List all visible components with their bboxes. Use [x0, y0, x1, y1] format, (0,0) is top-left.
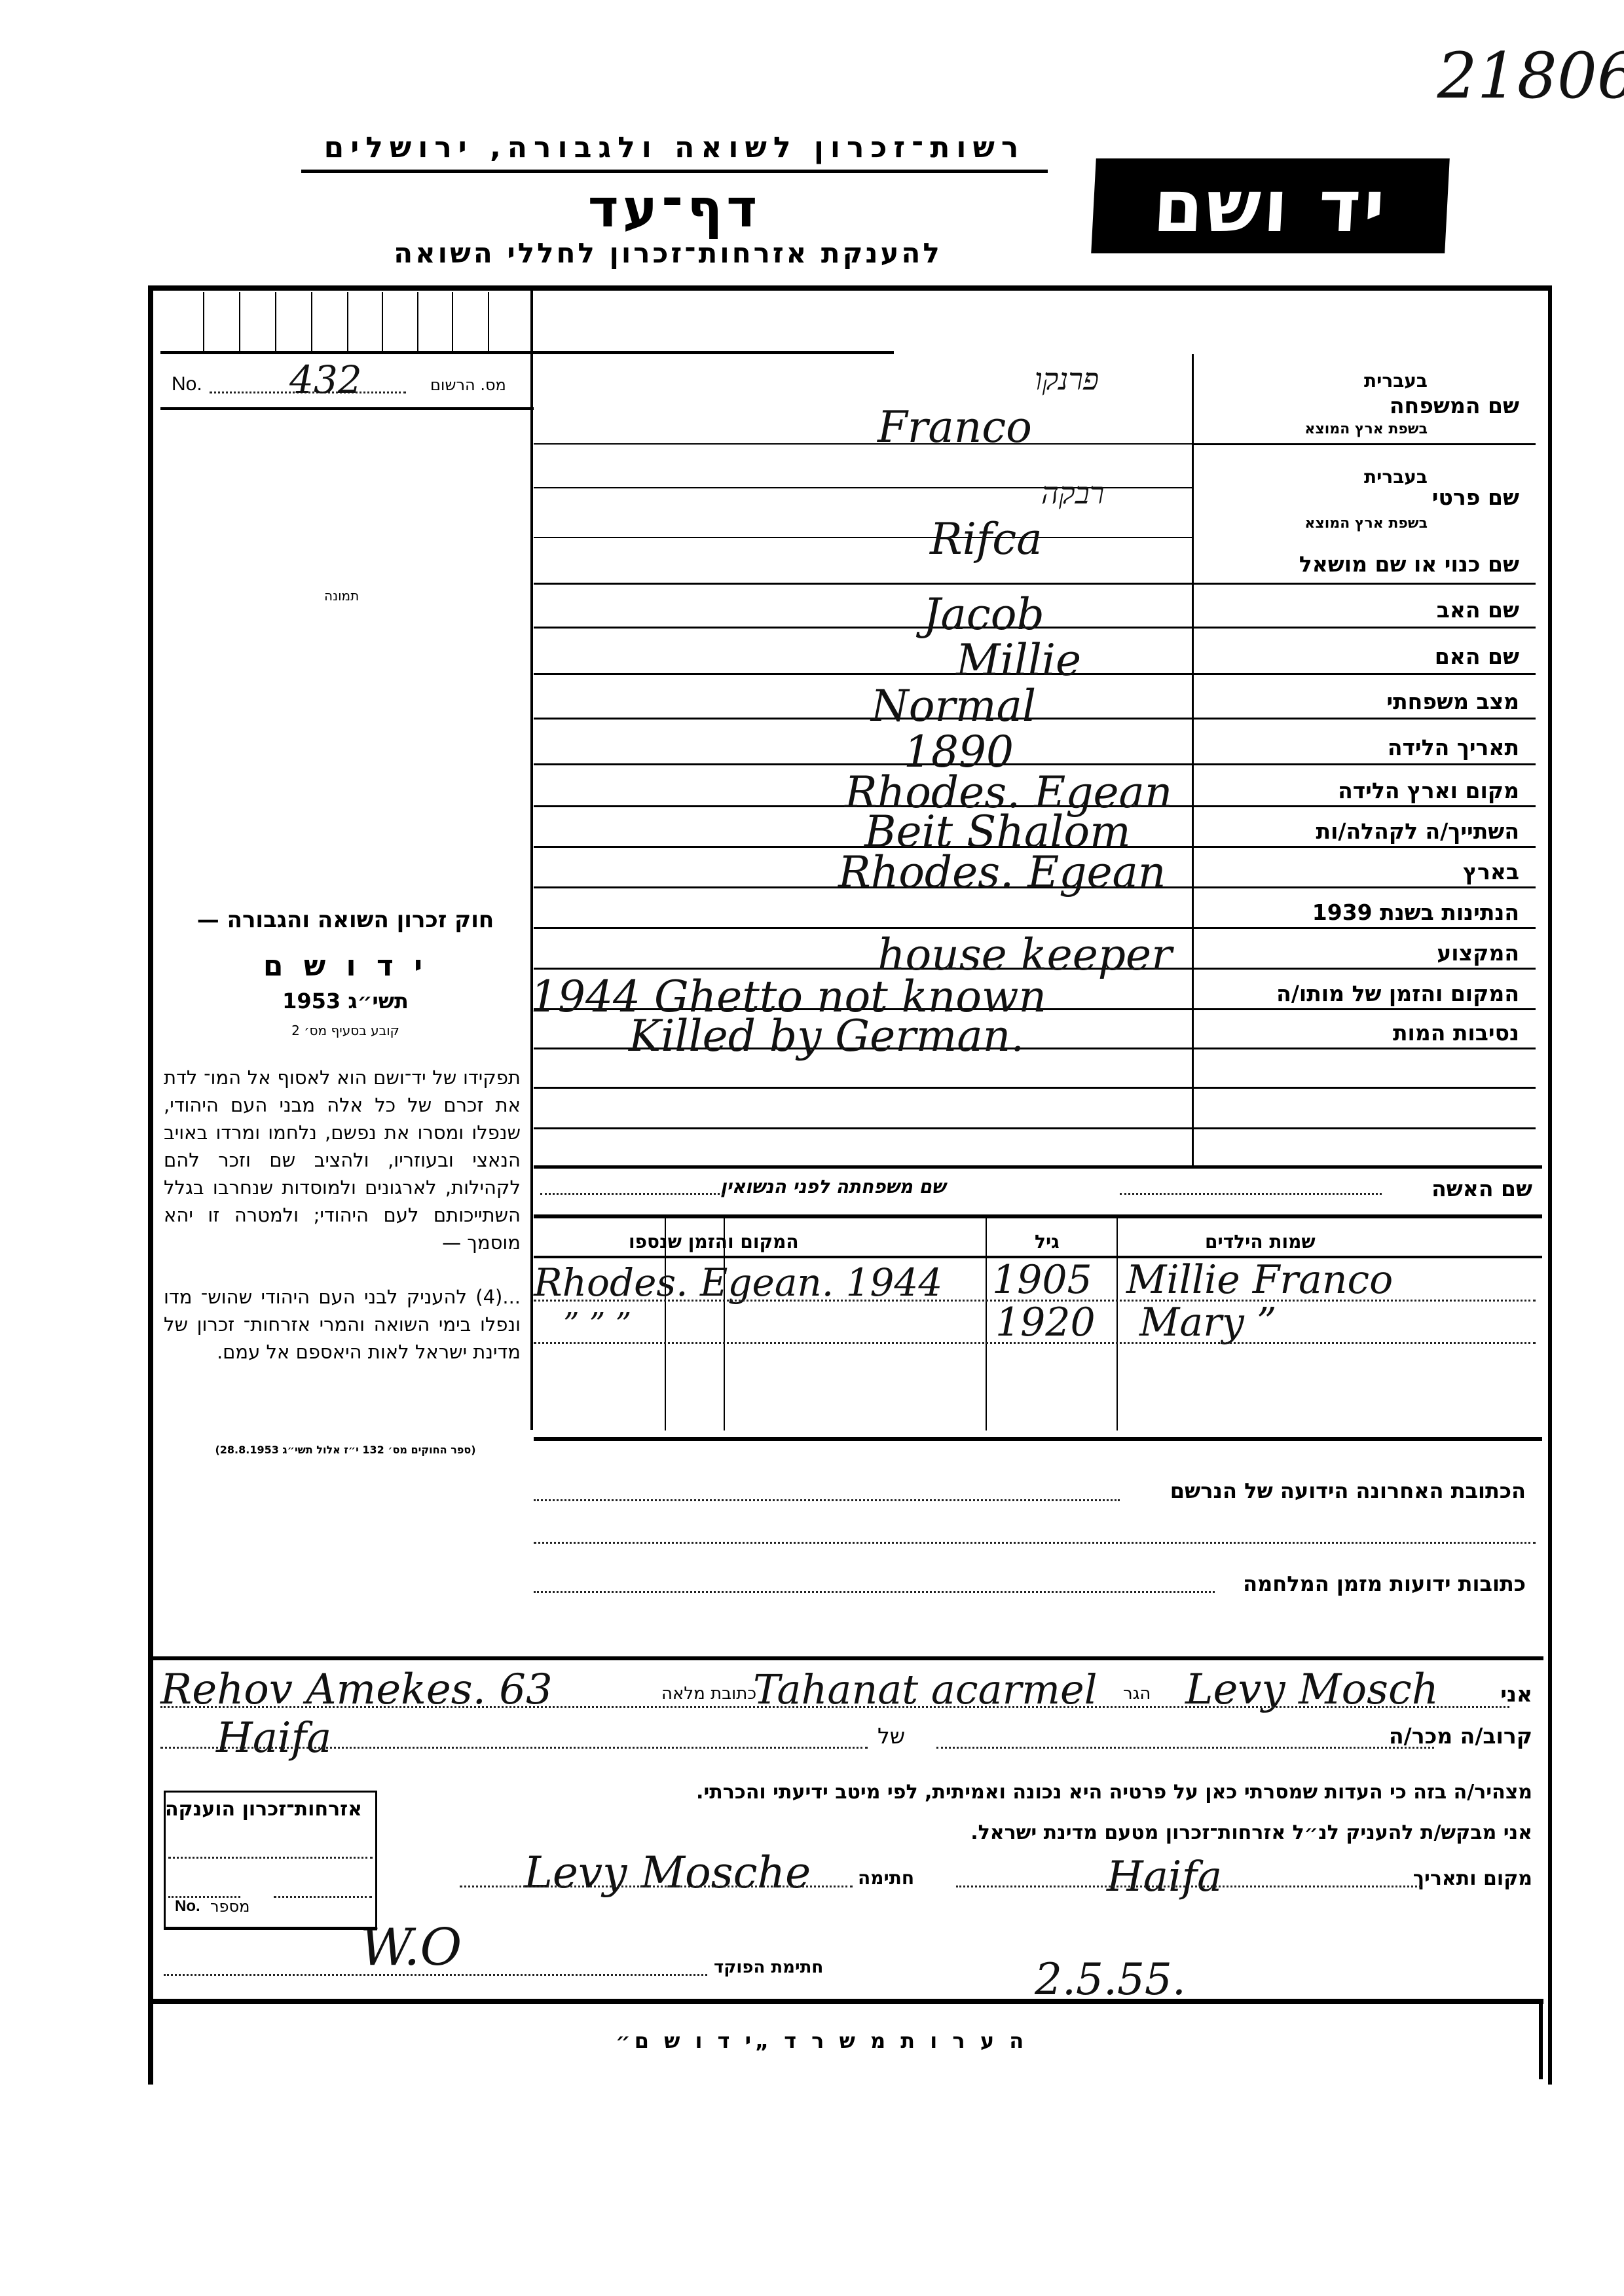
row-line: [534, 1127, 1536, 1129]
family-name-label: שם המשפחה: [1390, 393, 1519, 418]
office-notes-label: ה ע ר ו ת מ ש ר ד „י ד ו ש ם״: [616, 2028, 1027, 2053]
dotted-line: [534, 1499, 1120, 1501]
row-line: [1194, 443, 1536, 445]
column-divider: [986, 1218, 987, 1430]
law-body-2: ...(4) להעניק לבני העם היהודי שהוש־ מדו …: [164, 1283, 521, 1366]
full-address-label: כתובת מלאה: [661, 1684, 756, 1704]
form-title: דף־עד: [458, 178, 891, 239]
row-divider: [160, 407, 534, 410]
row-line: [534, 583, 1536, 585]
child-age[interactable]: 1920: [995, 1300, 1096, 1345]
law-year: תשי״ג 1953: [164, 989, 527, 1013]
last-known-address-label: הכתובת האחרונה הידועה של הנרשם: [1170, 1478, 1526, 1503]
dotted-line: [160, 1706, 1509, 1708]
grid-divider: [203, 292, 204, 352]
frame-left: [148, 2004, 153, 2079]
grid-divider: [347, 292, 348, 352]
grid-divider: [275, 292, 276, 352]
dotted-line: [936, 1747, 1434, 1749]
signature-label: חתימה: [858, 1867, 914, 1889]
country-value[interactable]: Rhodes. Egean: [838, 847, 1166, 898]
marital-status-label: מצב משפחתי: [1386, 689, 1519, 714]
children-header-age: גיל: [1035, 1231, 1060, 1252]
child-name[interactable]: Millie Franco: [1126, 1257, 1393, 1303]
birth-date-label: תאריך הלידה: [1388, 735, 1519, 760]
of-label: של: [877, 1723, 905, 1749]
grid-divider: [239, 292, 240, 352]
frame-right: [1539, 2004, 1543, 2079]
citizenship-number-label-en: No.: [175, 1897, 200, 1916]
row-line: [534, 1087, 1536, 1089]
column-divider: [530, 291, 533, 1430]
death-place-time-label: המקום והזמן של מותו/ה: [1276, 981, 1519, 1006]
child-age[interactable]: 1905: [992, 1257, 1092, 1303]
grid-divider: [488, 292, 489, 352]
citizenship-1939-label: הנתינות בשנת 1939: [1312, 900, 1519, 925]
form-subtitle: להענקת אזרחות־זכרון לחללי השואה: [341, 237, 995, 269]
row-line: [534, 1165, 1542, 1169]
citizenship-granted-title: אזרחות־זכרון הוענקה: [179, 1798, 362, 1821]
child-place-time[interactable]: Rhodes. Egean. 1944: [534, 1260, 942, 1305]
logo-text: יד ושם: [1151, 164, 1390, 248]
declarant-date[interactable]: 2.5.55.: [1035, 1954, 1186, 2005]
section-divider: [534, 1214, 1542, 1218]
section-divider: [152, 1656, 1543, 1660]
dotted-line: [164, 1974, 707, 1976]
row-divider: [160, 351, 894, 354]
marital-status-value[interactable]: Normal: [871, 681, 1036, 731]
grid-divider: [311, 292, 312, 352]
country-label: בארץ: [1463, 859, 1519, 884]
registration-value: 432: [289, 357, 362, 402]
photo-label: תמונה: [324, 588, 359, 604]
row-line: [534, 763, 1536, 765]
archive-number: 21806: [1437, 39, 1624, 113]
registration-label-he: מס. הרשום: [430, 376, 506, 394]
grid-divider: [382, 292, 383, 352]
origin-sublabel: בשפת ארץ המוצא: [1304, 515, 1428, 532]
column-divider: [1116, 1218, 1118, 1430]
death-circumstances-value[interactable]: Killed by German.: [629, 1011, 1024, 1061]
children-header-names: שמות הילדים: [1205, 1231, 1316, 1252]
declarant-place[interactable]: Haifa: [1107, 1853, 1222, 1901]
section-divider: [152, 1999, 1543, 2004]
mother-name-value[interactable]: Millie: [956, 635, 1081, 685]
first-name-hebrew: רבקה: [1041, 475, 1104, 511]
row-line: [534, 537, 1192, 538]
declarant-city[interactable]: Haifa: [216, 1714, 331, 1762]
father-name-label: שם האב: [1437, 597, 1519, 623]
resides-label: הגר: [1123, 1684, 1151, 1704]
birth-place-label: מקום וארץ הלידה: [1338, 778, 1519, 803]
child-place-time[interactable]: ” ” ”: [563, 1306, 631, 1343]
community-label: השתייך/ה לקהלה/ות: [1316, 818, 1519, 844]
registration-label-en: No.: [172, 373, 202, 395]
law-citation: (ספר החוקים מס׳ 132 י״ז אלול תשי״ג 28.8.…: [164, 1444, 527, 1456]
label-column-divider: [1192, 354, 1194, 1166]
children-header-place-time: המקום והזמן שנספו: [629, 1231, 799, 1252]
death-circumstances-label: נסיבות המות: [1393, 1020, 1519, 1046]
dotted-line: [160, 1747, 868, 1749]
spouse-label: שם האשה: [1431, 1176, 1532, 1201]
father-name-value[interactable]: Jacob: [923, 589, 1044, 640]
registration-number-field[interactable]: No. 432 מס. הרשום: [172, 364, 525, 401]
law-body-1: תפקידו של יד־ושם הוא לאסוף אל המו־ לדת א…: [164, 1064, 521, 1256]
first-name-label: שם פרטי: [1432, 484, 1519, 510]
nickname-label: שם כנוי או שם מושאל: [1299, 551, 1519, 577]
hebrew-sublabel: בעברית: [1364, 370, 1428, 392]
row-line: [534, 927, 1536, 929]
citizenship-number-label-he: מספר: [210, 1897, 249, 1916]
dotted-line: [534, 1591, 1215, 1593]
first-name-origin: Rifca: [930, 514, 1043, 564]
officer-signature-label: חתימת הפוקד: [714, 1958, 823, 1977]
grid-divider: [417, 292, 418, 352]
dotted-line: [1120, 1193, 1382, 1195]
section-divider: [534, 1437, 1542, 1441]
citizenship-granted-box: אזרחות־זכרון הוענקה No. מספר: [164, 1791, 377, 1930]
family-name-hebrew: פרנקו: [1035, 361, 1099, 397]
family-name-origin: Franco: [877, 402, 1032, 452]
dotted-line: [540, 1193, 724, 1195]
dotted-line: [274, 1896, 372, 1898]
grid-divider: [452, 292, 453, 352]
origin-sublabel: בשפת ארץ המוצא: [1304, 421, 1428, 437]
law-title: חוק זכרון השואה והגבורה —: [164, 907, 527, 933]
child-name[interactable]: Mary ”: [1139, 1300, 1277, 1345]
law-name: י ד ו ש ם: [164, 949, 527, 983]
hebrew-sublabel: בעברית: [1364, 466, 1428, 488]
place-date-label: מקום ותאריך: [1413, 1867, 1532, 1890]
relative-label: קרוב/ה מכר/ה: [1389, 1723, 1532, 1749]
dotted-line: [534, 1542, 1536, 1544]
citizenship-request: אני מבקש/ת להעניק לנ״ל אזרחות־זכרון מטעם…: [970, 1821, 1532, 1844]
law-section: קובע בסעיף מס׳ 2: [164, 1023, 527, 1038]
dotted-line: [168, 1857, 373, 1859]
maiden-name-label: שם משפחתה לפני הנשואין: [720, 1176, 946, 1197]
profession-label: המקצוע: [1437, 940, 1519, 966]
photo-area: תמונה: [157, 412, 527, 871]
row-line: [534, 443, 1192, 445]
declarant-signature[interactable]: Levy Mosche: [524, 1848, 811, 1898]
declaration-statement: מצהיר/ה בזה כי העדות שמסרתי כאן על פרטיה…: [696, 1781, 1532, 1804]
dotted-line: [956, 1886, 1421, 1887]
declarant-i-label: אני: [1500, 1681, 1532, 1707]
wartime-address-label: כתובות ידועות מזמן המלחמה: [1243, 1571, 1526, 1596]
yad-vashem-logo: יד ושם: [1091, 158, 1450, 253]
mother-name-label: שם האם: [1435, 644, 1519, 669]
dotted-line: [534, 1342, 1536, 1344]
dotted-line: [460, 1886, 853, 1887]
header-authority: רשות־זכרון לשואה ולגבורה, ירושלים: [301, 131, 1048, 173]
